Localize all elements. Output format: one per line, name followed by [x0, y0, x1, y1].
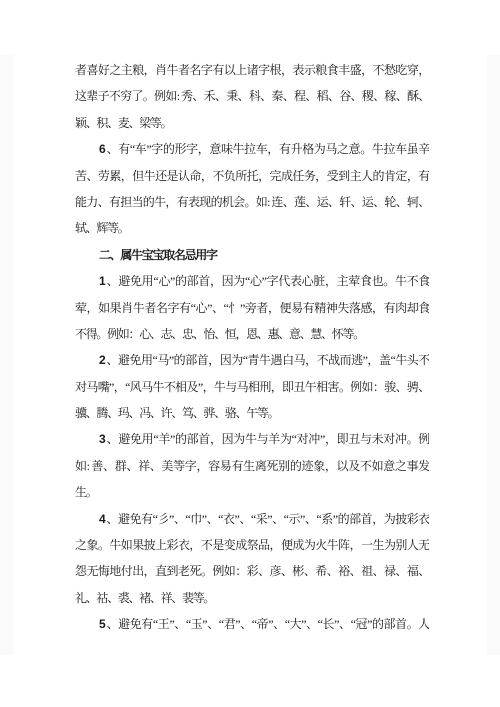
text-line: 能力、有担当的牛，有表现的机会。如: 连、莲、运、轩、运、轮、轲、	[75, 189, 429, 215]
document-page: 者喜好之主粮，肖牛者名字有以上诸字根，表示粮食丰盛，不愁吃穿，这辈子不穷了。例如…	[0, 0, 500, 707]
text-line: 二、属牛宝宝取名忌用字	[75, 242, 429, 268]
text-line: 生。	[75, 479, 429, 505]
text-line: 骥、腾、玛、冯、许、笃、骅、骆、午等。	[75, 400, 429, 426]
text-line: 者喜好之主粮，肖牛者名字有以上诸字根，表示粮食丰盛，不愁吃穿，	[75, 57, 429, 83]
page-edge-right	[487, 55, 500, 655]
list-number: 1	[99, 274, 106, 288]
text-line: 3、避免用“羊”的部首，因为牛与羊为“对冲”，即丑与未对冲。例	[75, 426, 429, 452]
text-line: 6、有“车”字的形字，意味牛拉车，有升格为马之意。牛拉车虽辛	[75, 136, 429, 162]
page-edge-left	[0, 55, 13, 655]
text-line: 之象。牛如果披上彩衣，不是变成祭品，便成为火牛阵，一生为别人无	[75, 532, 429, 558]
text-line: 怨无悔地付出，直到老死。例如：彩、彦、彬、希、裕、祖、禄、福、	[75, 558, 429, 584]
text-line: 如: 善、群、祥、美等字，容易有生离死别的迹象，以及不如意之事发	[75, 453, 429, 479]
text-line: 荤，如果肖牛者名字有“心”、“忄”旁者，便易有精神失落感，有肉却食	[75, 295, 429, 321]
text-line: 5、避免有“王”、“玉”、“君”、“帝”、“大”、“长”、“冠”的部首。人	[75, 611, 429, 637]
list-number: 5	[99, 617, 106, 631]
text-line: 2、避免用“马”的部首，因为“青牛遇白马，不战而逃”，盖“牛头不	[75, 347, 429, 373]
list-number: 2	[99, 353, 106, 367]
list-number: 4	[99, 512, 106, 526]
text-line: 礼、祜、裘、褚、祥、裴等。	[75, 585, 429, 611]
text-line: 对马嘴”，“风马牛不相及”，牛与马相刑，即丑午相害。例如：骏、骋、	[75, 374, 429, 400]
text-line: 轼、辉等。	[75, 215, 429, 241]
text-line: 不得。例如：心、志、忠、怡、恒，恩、惠、意、慧、怀等。	[75, 321, 429, 347]
text-line: 颖、积、麦、梁等。	[75, 110, 429, 136]
document-content: 者喜好之主粮，肖牛者名字有以上诸字根，表示粮食丰盛，不愁吃穿，这辈子不穷了。例如…	[75, 57, 429, 638]
text-line: 苦、劳累，但牛还是认命，不负所托，完成任务，受到主人的肯定，有	[75, 163, 429, 189]
list-number: 3	[99, 432, 106, 446]
text-line: 4、避免有“彡”、“巾”、“衣”、“采”、“示”、“系”的部首，为披彩衣	[75, 506, 429, 532]
text-line: 1、避免用“心”的部首，因为“心”字代表心脏，主荤食也。牛不食	[75, 268, 429, 294]
text-line: 这辈子不穷了。例如: 秀、禾、秉、科、秦、程、稻、谷、稷、稼、酥、	[75, 83, 429, 109]
list-number: 6	[99, 142, 106, 156]
